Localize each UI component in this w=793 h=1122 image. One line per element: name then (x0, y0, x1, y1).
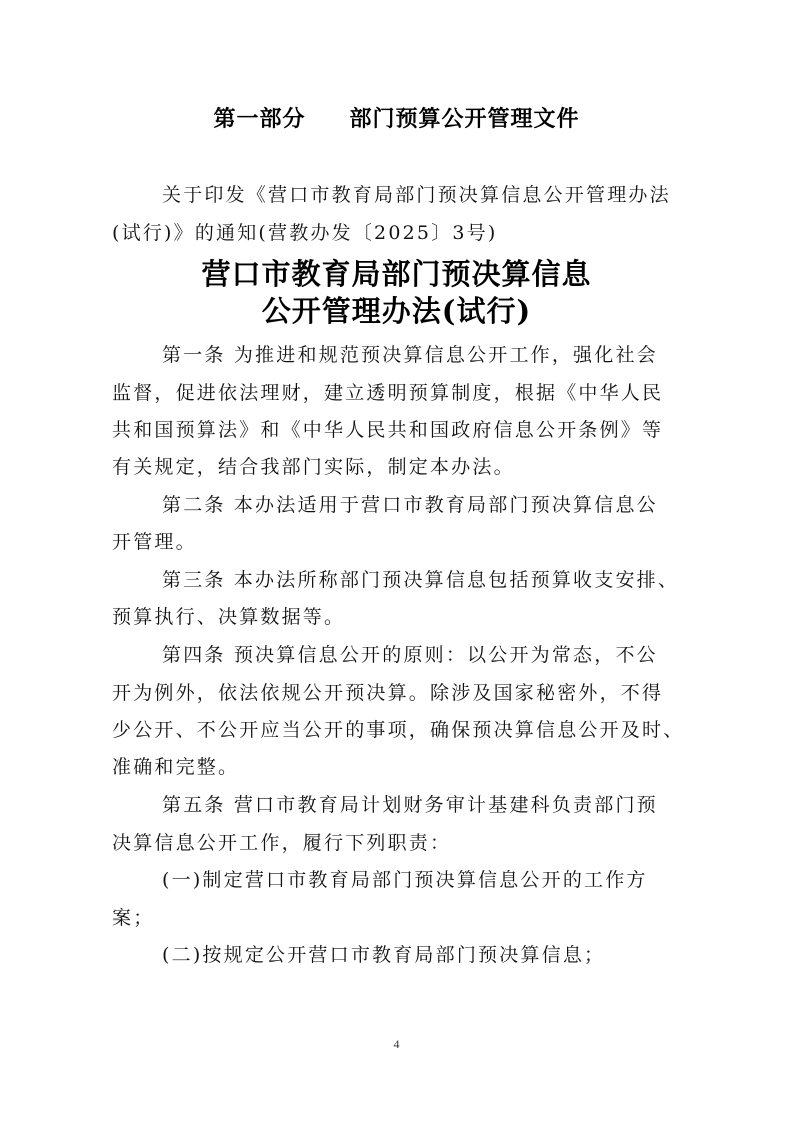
article-1-line-2: 监督，促进依法理财，建立透明预算制度，根据《中华人民 (112, 381, 692, 405)
duty-2-line-1: (二)按规定公开营口市教育局部门预决算信息； (162, 943, 742, 967)
section-heading: 第一部分部门预算公开管理文件 (0, 102, 793, 133)
duty-1-line-2: 案； (112, 906, 692, 930)
article-1-line-4: 有关规定，结合我部门实际，制定本办法。 (112, 455, 692, 479)
notice-line-1: 关于印发《营口市教育局部门预决算信息公开管理办法 (162, 183, 742, 207)
section-part-label: 第一部分 (213, 107, 305, 132)
article-3-line-1: 第三条 本办法所称部门预决算信息包括预算收支安排、 (162, 568, 742, 592)
duty-1-line-1: (一)制定营口市教育局部门预决算信息公开的工作方 (162, 868, 742, 892)
document-title-line-1: 营口市教育局部门预决算信息 (0, 256, 793, 292)
article-4-line-2: 开为例外，依法依规公开预决算。除涉及国家秘密外，不得 (112, 681, 692, 705)
document-title-line-2: 公开管理办法(试行) (0, 293, 793, 329)
article-1-line-1: 第一条 为推进和规范预决算信息公开工作，强化社会 (162, 343, 742, 367)
article-4-line-3: 少公开、不公开应当公开的事项，确保预决算信息公开及时、 (112, 718, 692, 742)
article-5-line-2: 决算信息公开工作，履行下列职责： (112, 831, 692, 855)
article-4-line-1: 第四条 预决算信息公开的原则：以公开为常态，不公 (162, 643, 742, 667)
article-4-line-4: 准确和完整。 (112, 755, 692, 779)
section-title-text: 部门预算公开管理文件 (350, 107, 580, 132)
article-2-line-2: 开管理。 (112, 530, 692, 554)
article-3-line-2: 预算执行、决算数据等。 (112, 605, 692, 629)
article-5-line-1: 第五条 营口市教育局计划财务审计基建科负责部门预 (162, 793, 742, 817)
notice-line-2: (试行)》的通知(营教办发〔2025〕3号) (112, 221, 692, 245)
article-1-line-3: 共和国预算法》和《中华人民共和国政府信息公开条例》等 (112, 418, 692, 442)
article-2-line-1: 第二条 本办法适用于营口市教育局部门预决算信息公 (162, 493, 742, 517)
page-number: 4 (0, 1037, 793, 1052)
document-page: 第一部分部门预算公开管理文件 关于印发《营口市教育局部门预决算信息公开管理办法 … (0, 0, 793, 1122)
